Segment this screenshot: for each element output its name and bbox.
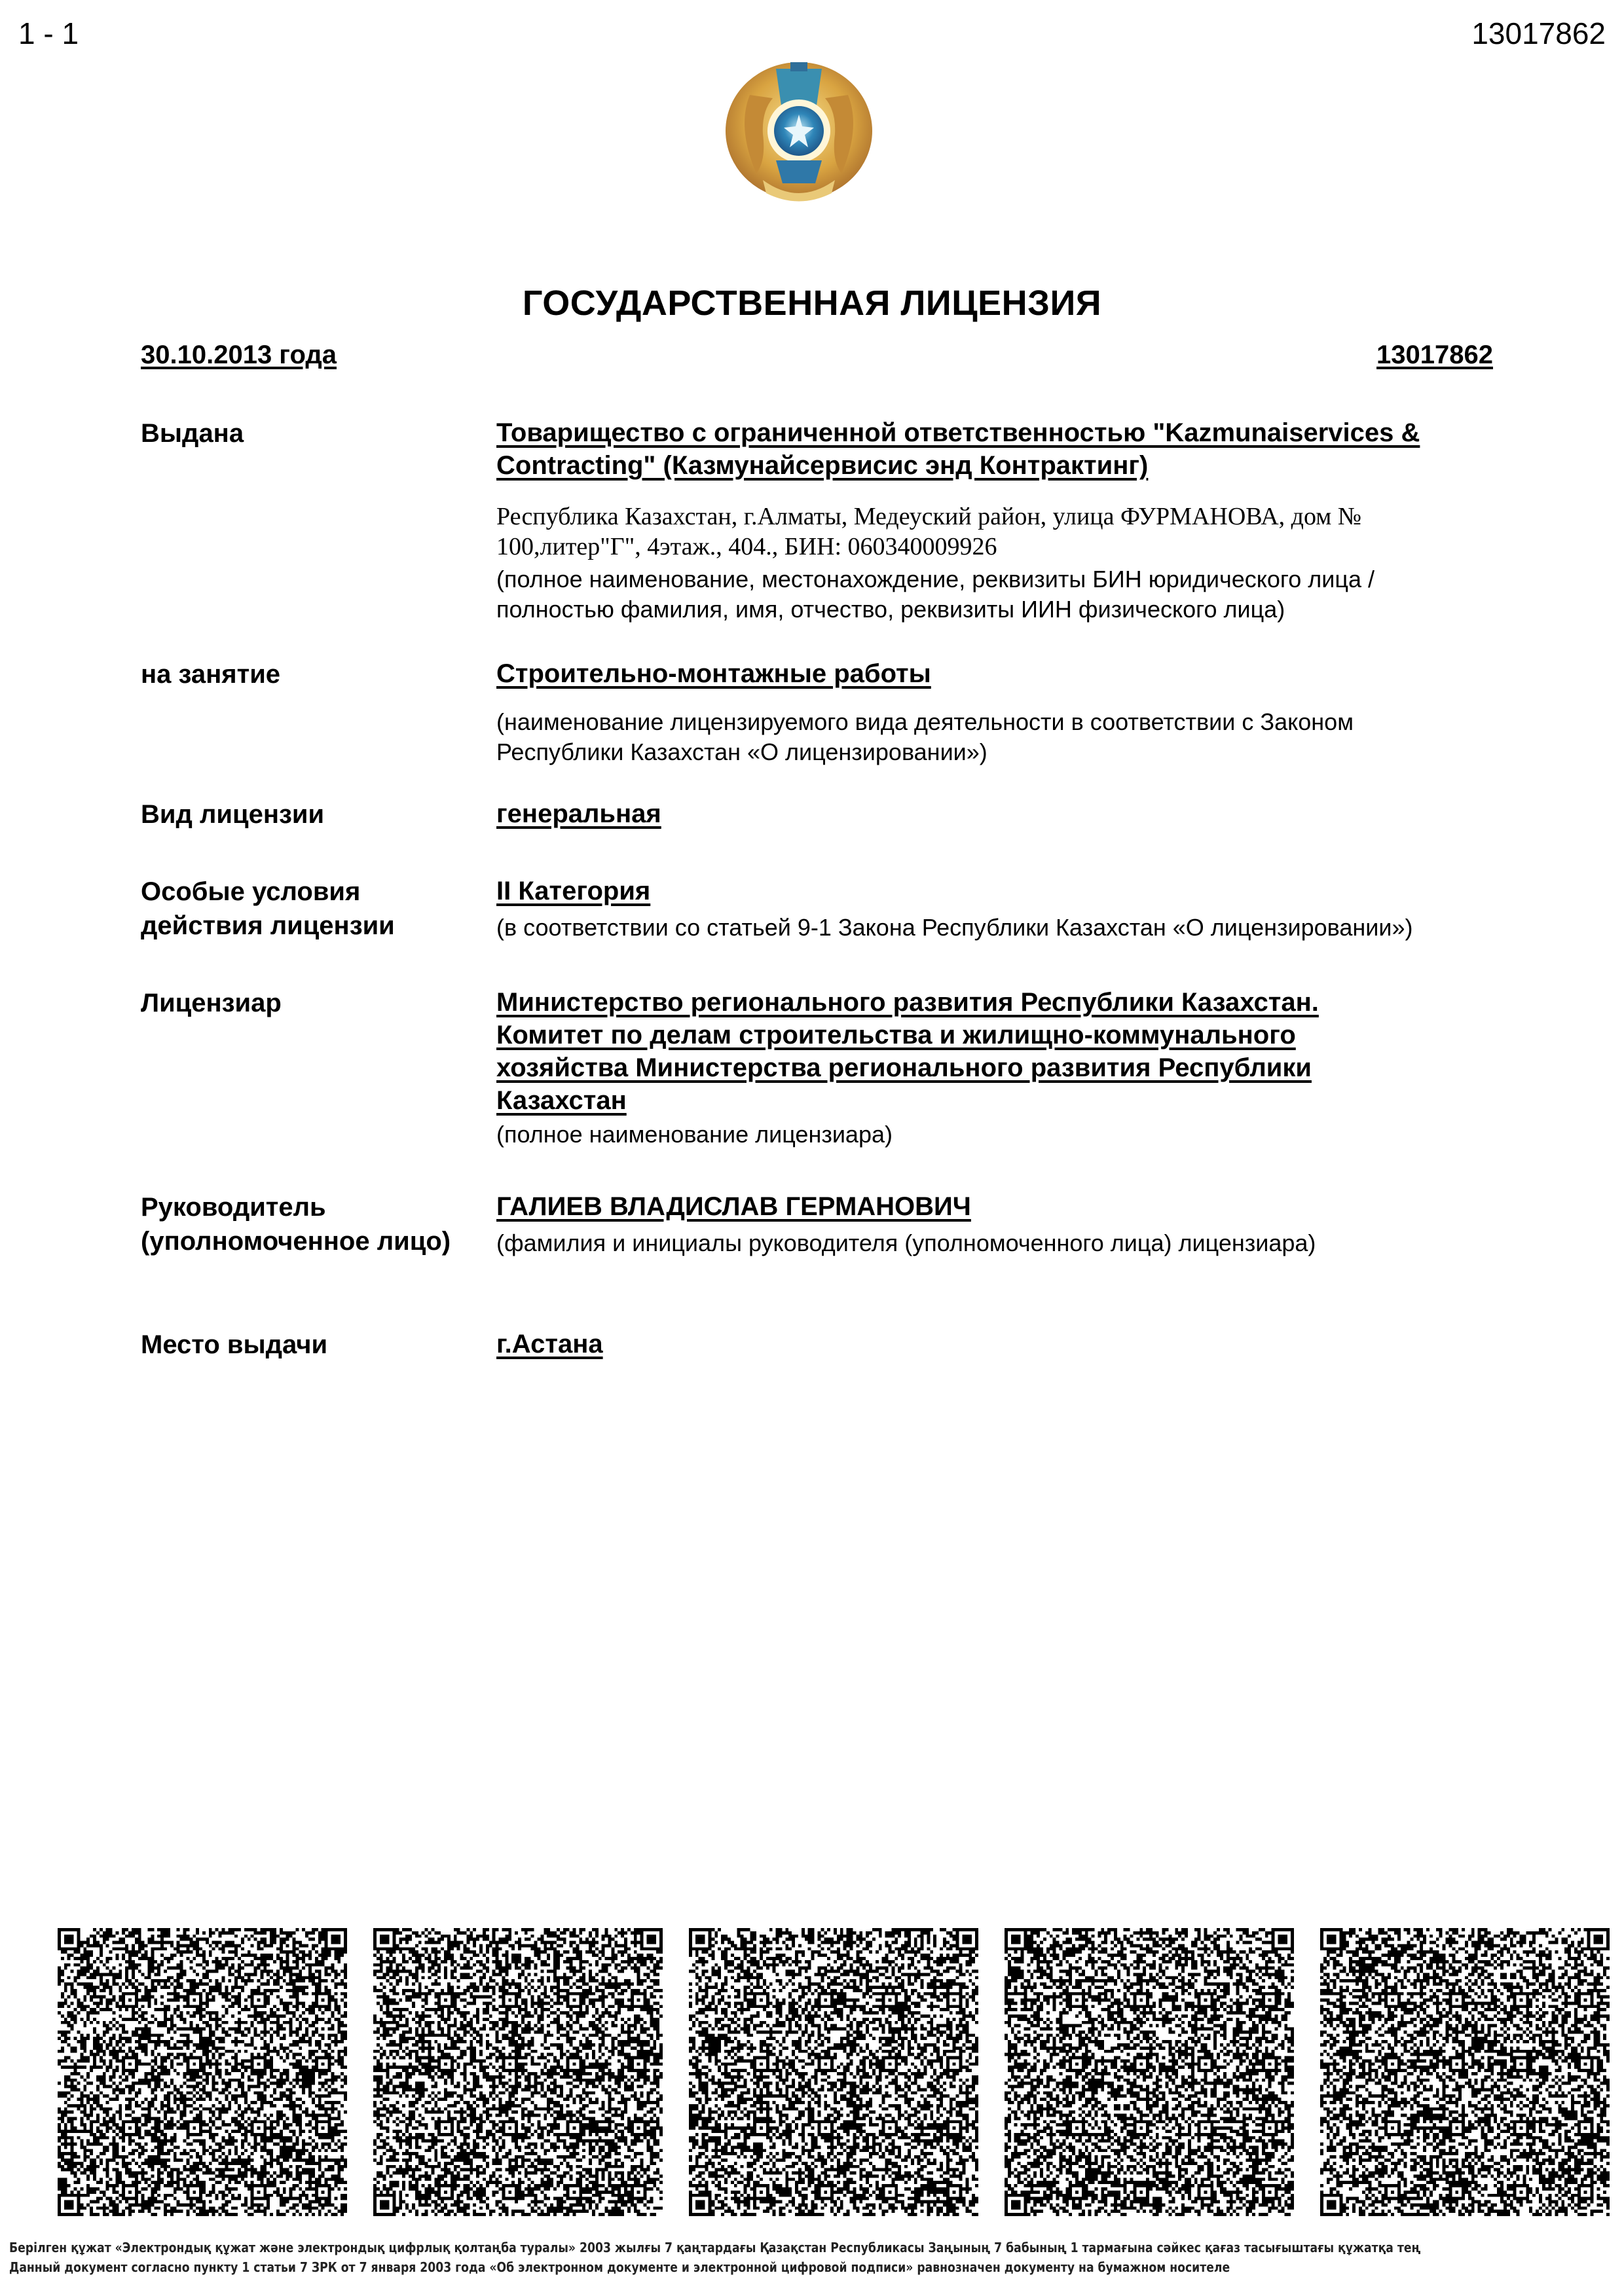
head-label-line-2: (уполномоченное лицо) [141,1224,494,1258]
issued-to-hint-line-2: полностью фамилия, имя, отчество, реквиз… [496,594,1531,625]
licensor-value-line-3: хозяйства Министерства регионального раз… [496,1051,1531,1084]
special-conditions-hint: (в соответствии со статьей 9-1 Закона Ре… [496,913,1531,943]
state-emblem-icon [710,49,887,206]
qr-code-row [0,1928,1624,2216]
activity-value: Строительно-монтажные работы [496,657,1531,690]
issued-to-value-line-1: Товарищество с ограниченной ответственно… [496,416,1531,449]
head-label: Руководитель (уполномоченное лицо) [141,1190,494,1258]
address-line-2: 100,литер"Г", 4этаж., 404., БИН: 0603400… [496,532,1531,562]
place-value: г.Астана [496,1328,1531,1360]
special-conditions-value: II Категория [496,875,1531,907]
footer-russian-text: Данный документ согласно пункту 1 статьи… [9,2257,1395,2277]
issued-to-hint-line-1: (полное наименование, местонахождение, р… [496,564,1531,594]
licensor-value-line-2: Комитет по делам строительства и жилищно… [496,1019,1531,1051]
license-type-label: Вид лицензии [141,797,494,831]
document-title: ГОСУДАРСТВЕННАЯ ЛИЦЕНЗИЯ [0,283,1624,323]
issued-to-value-line-2: Contracting" (Казмунайсервисис энд Контр… [496,449,1531,482]
activity-hint-line-2: Республики Казахстан «О лицензировании») [496,737,1531,767]
issued-to-label: Выдана [141,416,494,450]
header-document-number: 13017862 [1471,16,1606,51]
qr-code-4 [1005,1928,1294,2216]
license-number: 13017862 [1376,340,1493,370]
licensor-value-line-4: Казахстан [496,1084,1531,1117]
head-label-line-1: Руководитель [141,1190,494,1224]
license-type-value: генеральная [496,797,1531,830]
activity-hint-line-1: (наименование лицензируемого вида деятел… [496,707,1531,737]
page-index: 1 - 1 [18,16,79,51]
licensor-hint: (полное наименование лицензиара) [496,1120,1531,1150]
activity-label: на занятие [141,657,494,691]
footer-legal-notice: Берілген құжат «Электрондық құжат және э… [9,2238,1395,2277]
special-conditions-label: Особые условия действия лицензии [141,875,494,943]
special-conditions-label-line-2: действия лицензии [141,909,494,943]
place-label: Место выдачи [141,1328,494,1362]
licensor-value-line-1: Министерство регионального развития Респ… [496,986,1531,1019]
head-hint: (фамилия и инициалы руководителя (уполно… [496,1228,1531,1258]
qr-code-3 [689,1928,978,2216]
licensor-label: Лицензиар [141,986,494,1020]
address-line-1: Республика Казахстан, г.Алматы, Медеуски… [496,501,1531,532]
qr-code-2 [373,1928,663,2216]
footer-kazakh-text: Берілген құжат «Электрондық құжат және э… [9,2238,1395,2257]
license-date: 30.10.2013 года [141,340,337,370]
qr-code-1 [58,1928,347,2216]
special-conditions-label-line-1: Особые условия [141,875,494,909]
qr-code-5 [1320,1928,1610,2216]
head-value: ГАЛИЕВ ВЛАДИСЛАВ ГЕРМАНОВИЧ [496,1190,1531,1223]
